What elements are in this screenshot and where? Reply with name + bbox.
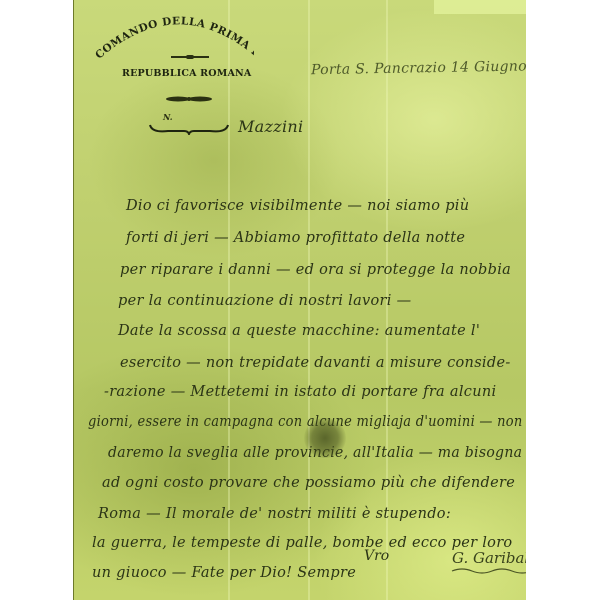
brace-flourish-icon [148, 123, 230, 135]
body-line: forti di jeri — Abbiamo profittato della… [126, 230, 465, 246]
ink-stain [304, 418, 346, 458]
body-line: ad ogni costo provare che possiamo più c… [102, 475, 515, 491]
paper-highlight [434, 0, 526, 14]
body-line: giorni, essere in campagna con alcune mi… [88, 414, 522, 430]
body-line: -razione — Mettetemi in istato di portar… [104, 384, 496, 400]
body-line: Dio ci favorisce visibilmente — noi siam… [126, 198, 469, 214]
body-line: esercito — non trepidate davanti a misur… [120, 355, 511, 371]
body-line: la guerra, le tempeste di palle, bombe e… [92, 535, 512, 551]
place-date: Porta S. Pancrazio 14 Giugno 1849 [311, 58, 526, 78]
letterhead: COMANDO DELLA PRIMA DIVISIONE REPUBBLICA… [74, 0, 254, 140]
laurel-ornament-icon [164, 95, 214, 103]
body-line: Date la scossa a queste macchine: aument… [118, 323, 480, 339]
letter-page: COMANDO DELLA PRIMA DIVISIONE REPUBBLICA… [73, 0, 526, 600]
body-line: un giuoco — Fate per Dio! Sempre [92, 565, 356, 581]
command-heading: COMANDO DELLA PRIMA DIVISIONE [74, 0, 254, 74]
signature-flourish-icon [450, 567, 526, 575]
body-line: per riparare i danni — ed ora si protegg… [120, 262, 511, 278]
closing-abbrev: Vro [364, 548, 389, 564]
body-line: Roma — Il morale de' nostri militi è stu… [98, 506, 451, 522]
body-line: per la continuazione di nostri lavori — [118, 293, 411, 309]
number-mark: N. [163, 112, 173, 122]
republic-title: REPUBBLICA ROMANA [122, 68, 247, 79]
letterhead-rule [171, 56, 209, 58]
signature: G. Garibaldi [452, 549, 526, 567]
salutation: Mazzini [238, 117, 303, 136]
